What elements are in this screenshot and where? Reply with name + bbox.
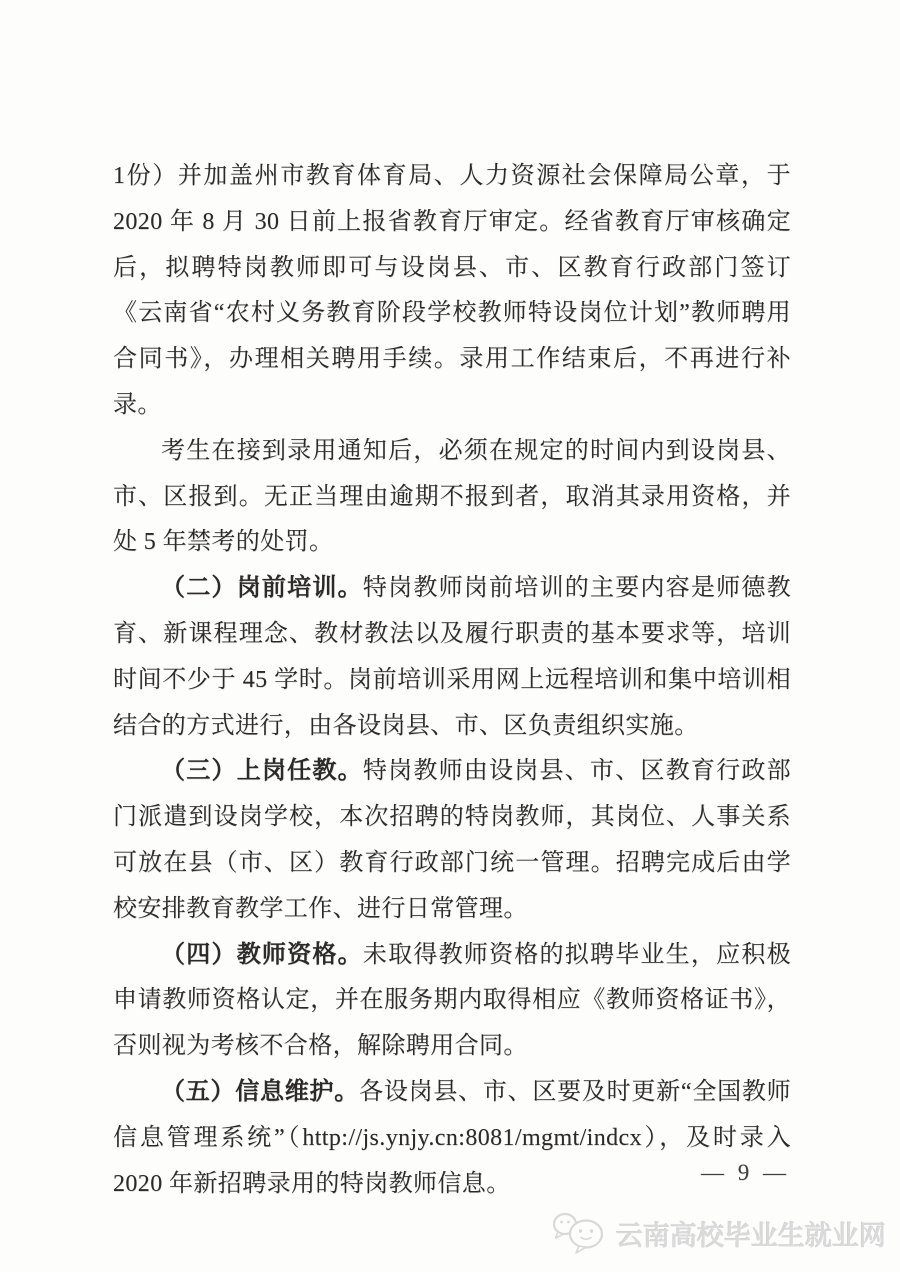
document-page: 1份）并加盖州市教育体育局、人力资源社会保障局公章，于 2020 年 8 月 3… (0, 0, 900, 1272)
paragraph-3-lead: （二）岗前培训。 (161, 575, 363, 601)
paragraph-5-lead: （四）教师资格。 (161, 942, 363, 968)
paragraph-1-text: 1份）并加盖州市教育体育局、人力资源社会保障局公章，于 2020 年 8 月 3… (113, 163, 791, 418)
paragraph-3: （二）岗前培训。特岗教师岗前培训的主要内容是师德教育、新课程理念、教材教法以及履… (113, 566, 791, 749)
paragraph-6: （五）信息维护。各设岗县、市、区要及时更新“全国教师信息管理系统”（http:/… (113, 1070, 791, 1207)
paragraph-2-text: 考生在接到录用通知后，必须在规定的时间内到设岗县、市、区报到。无正当理由逾期不报… (113, 438, 791, 556)
paragraph-1: 1份）并加盖州市教育体育局、人力资源社会保障局公章，于 2020 年 8 月 3… (113, 154, 791, 429)
page-number: — 9 — (701, 1160, 790, 1186)
watermark: 云南高校毕业生就业网 (552, 1209, 886, 1257)
paragraph-6-lead: （五）信息维护。 (161, 1079, 359, 1105)
paragraph-5: （四）教师资格。未取得教师资格的拟聘毕业生，应积极申请教师资格认定，并在服务期内… (113, 933, 791, 1070)
document-body: 1份）并加盖州市教育体育局、人力资源社会保障局公章，于 2020 年 8 月 3… (113, 154, 791, 1207)
paragraph-4: （三）上岗任教。特岗教师由设岗县、市、区教育行政部门派遣到设岗学校，本次招聘的特… (113, 749, 791, 932)
paragraph-2: 考生在接到录用通知后，必须在规定的时间内到设岗县、市、区报到。无正当理由逾期不报… (113, 429, 791, 566)
watermark-label: 云南高校毕业生就业网 (616, 1214, 886, 1253)
paragraph-4-lead: （三）上岗任教。 (161, 758, 363, 784)
wechat-icon (552, 1209, 608, 1257)
